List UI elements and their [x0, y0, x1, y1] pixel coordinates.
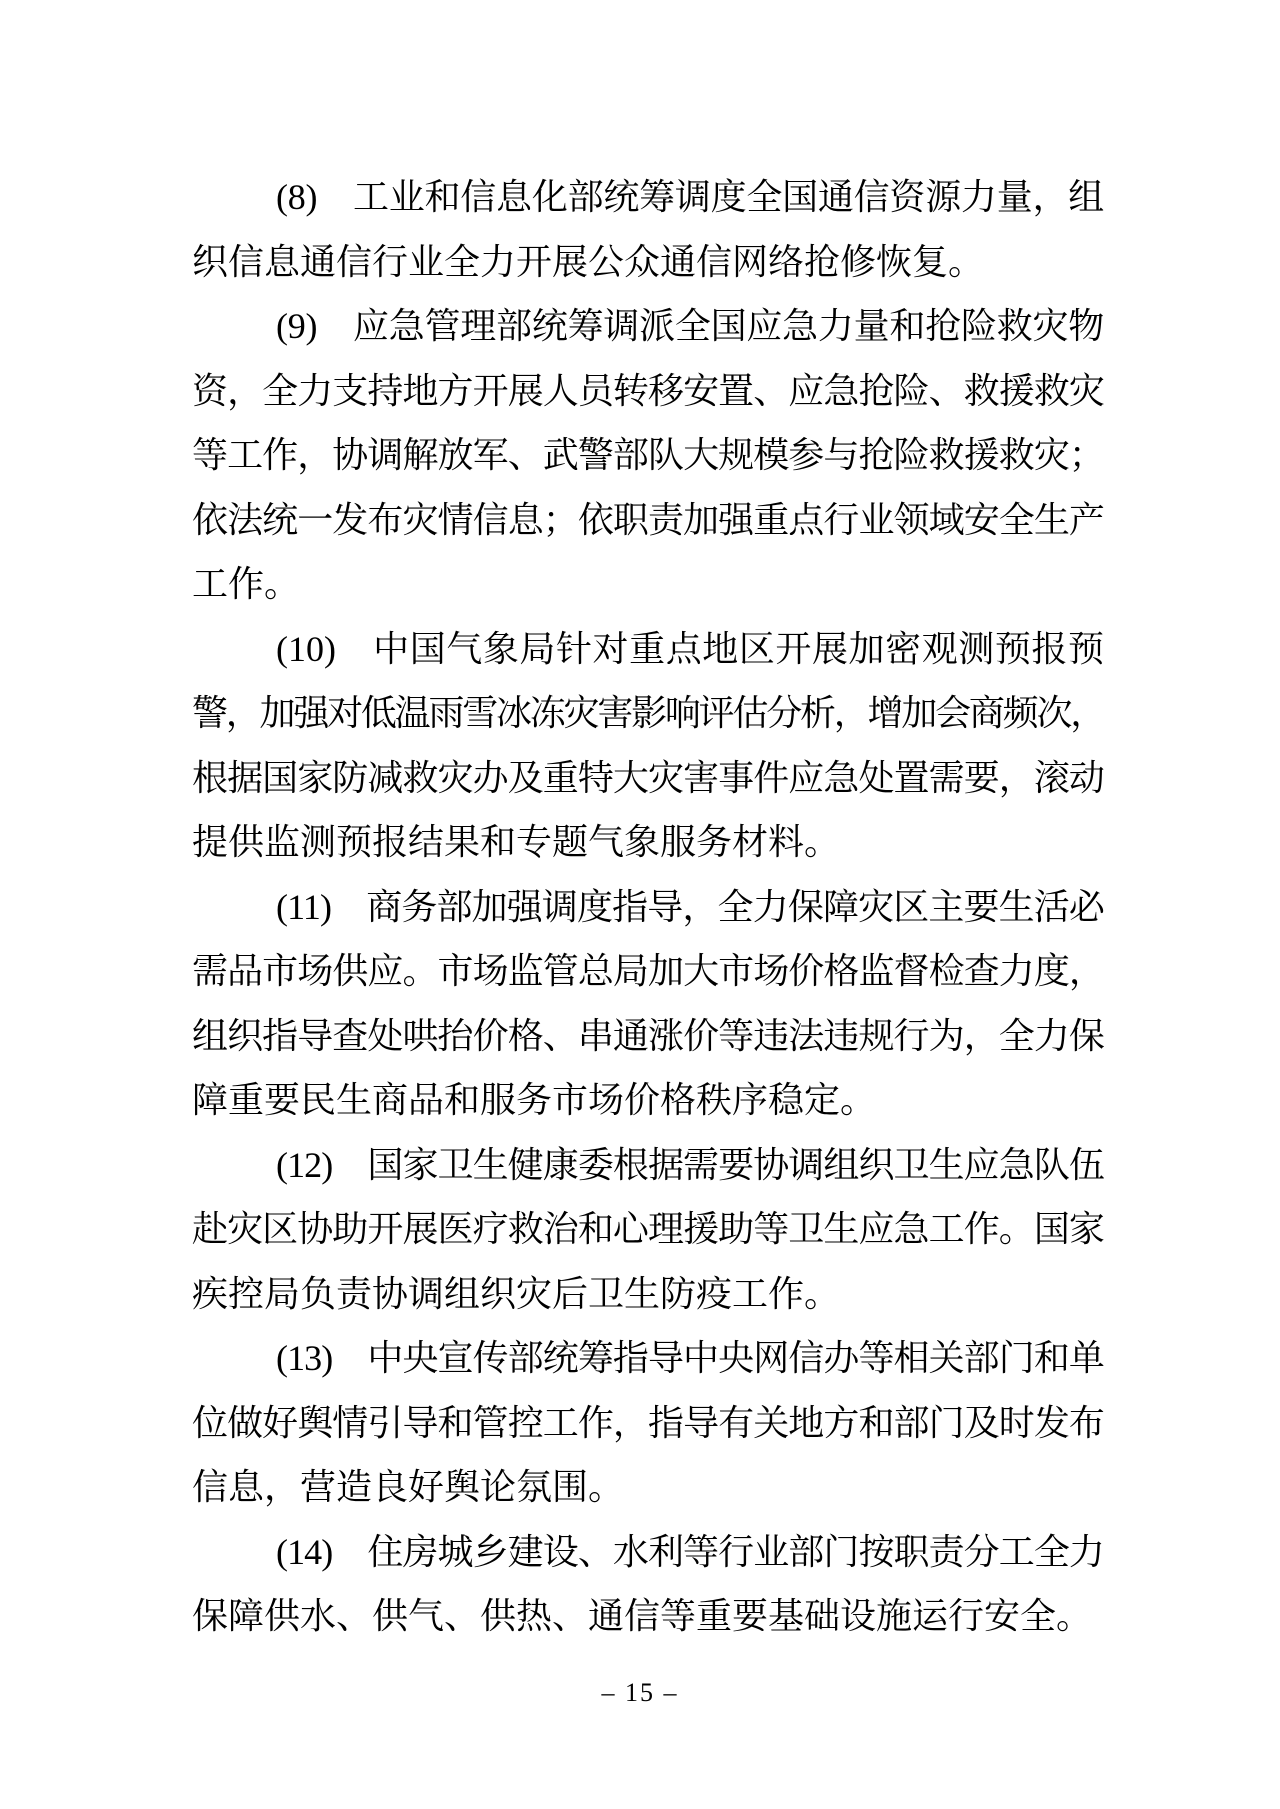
paragraph-item-9: (9) 应急管理部统筹调派全国应急力量和抢险救灾物 资，全力支持地方开展人员转移… — [192, 294, 1104, 617]
text-line: 根据国家防减救灾办及重特大灾害事件应急处置需要，滚动 — [192, 746, 1104, 811]
paragraph-item-8: (8) 工业和信息化部统筹调度全国通信资源力量，组 织信息通信行业全力开展公众通… — [192, 165, 1104, 294]
text-line: (10) 中国气象局针对重点地区开展加密观测预报预 — [192, 617, 1104, 682]
text-line: 疾控局负责协调组织灾后卫生防疫工作。 — [192, 1262, 1104, 1327]
paragraph-item-14: (14) 住房城乡建设、水利等行业部门按职责分工全力 保障供水、供气、供热、通信… — [192, 1520, 1104, 1649]
text-line: 需品市场供应。市场监管总局加大市场价格监督检查力度， — [192, 939, 1104, 1004]
text-line: (9) 应急管理部统筹调派全国应急力量和抢险救灾物 — [192, 294, 1104, 359]
text-line: 依法统一发布灾情信息；依职责加强重点行业领域安全生产 — [192, 488, 1104, 553]
document-page: (8) 工业和信息化部统筹调度全国通信资源力量，组 织信息通信行业全力开展公众通… — [0, 0, 1280, 1809]
page-number: – 15 – — [0, 1678, 1280, 1708]
paragraph-item-10: (10) 中国气象局针对重点地区开展加密观测预报预 警，加强对低温雨雪冰冻灾害影… — [192, 617, 1104, 875]
text-line: 织信息通信行业全力开展公众通信网络抢修恢复。 — [192, 230, 1104, 295]
text-line: 障重要民生商品和服务市场价格秩序稳定。 — [192, 1068, 1104, 1133]
text-line: (8) 工业和信息化部统筹调度全国通信资源力量，组 — [192, 165, 1104, 230]
text-line: (14) 住房城乡建设、水利等行业部门按职责分工全力 — [192, 1520, 1104, 1585]
document-body: (8) 工业和信息化部统筹调度全国通信资源力量，组 织信息通信行业全力开展公众通… — [192, 165, 1104, 1649]
text-line: 位做好舆情引导和管控工作，指导有关地方和部门及时发布 — [192, 1391, 1104, 1456]
text-line: 工作。 — [192, 552, 1104, 617]
text-line: 提供监测预报结果和专题气象服务材料。 — [192, 810, 1104, 875]
text-line: (13) 中央宣传部统筹指导中央网信办等相关部门和单 — [192, 1326, 1104, 1391]
text-line: 组织指导查处哄抬价格、串通涨价等违法违规行为，全力保 — [192, 1004, 1104, 1069]
paragraph-item-11: (11) 商务部加强调度指导，全力保障灾区主要生活必 需品市场供应。市场监管总局… — [192, 875, 1104, 1133]
text-line: 保障供水、供气、供热、通信等重要基础设施运行安全。 — [192, 1584, 1104, 1649]
text-line: 等工作，协调解放军、武警部队大规模参与抢险救援救灾； — [192, 423, 1104, 488]
text-line: 信息，营造良好舆论氛围。 — [192, 1455, 1104, 1520]
text-line: 资，全力支持地方开展人员转移安置、应急抢险、救援救灾 — [192, 359, 1104, 424]
paragraph-item-13: (13) 中央宣传部统筹指导中央网信办等相关部门和单 位做好舆情引导和管控工作，… — [192, 1326, 1104, 1520]
paragraph-item-12: (12) 国家卫生健康委根据需要协调组织卫生应急队伍 赴灾区协助开展医疗救治和心… — [192, 1133, 1104, 1327]
text-line: (11) 商务部加强调度指导，全力保障灾区主要生活必 — [192, 875, 1104, 940]
text-line: 警，加强对低温雨雪冰冻灾害影响评估分析，增加会商频次， — [192, 681, 1104, 746]
text-line: 赴灾区协助开展医疗救治和心理援助等卫生应急工作。国家 — [192, 1197, 1104, 1262]
text-line: (12) 国家卫生健康委根据需要协调组织卫生应急队伍 — [192, 1133, 1104, 1198]
